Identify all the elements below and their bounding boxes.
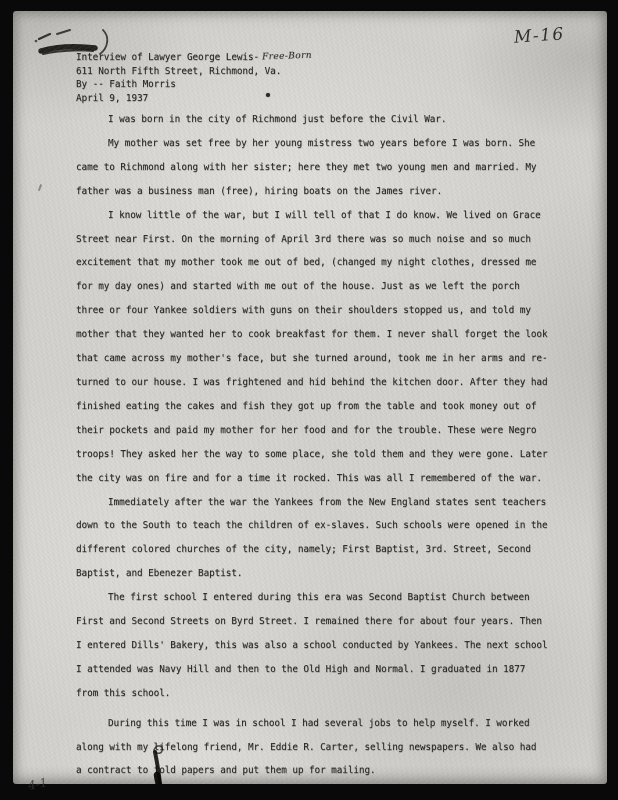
paragraph-mother-freed: My mother was set free by her young mist… <box>76 132 568 204</box>
interview-transcript: I was born in the city of Richmond just … <box>76 108 568 783</box>
handwritten-corner-code: M-16 <box>513 24 565 47</box>
scanned-document: M-16 Interview of Lawyer George Lewis-Fr… <box>0 0 618 800</box>
document-page: M-16 Interview of Lawyer George Lewis-Fr… <box>13 11 607 784</box>
header-address-line: 611 North Fifth Street, Richmond, Va. <box>76 65 312 78</box>
paragraph-war-memory: I know little of the war, but I will tel… <box>76 204 568 491</box>
document-header: Interview of Lawyer George Lewis-Free-Bo… <box>76 51 312 105</box>
handwritten-page-number: 4-1 <box>27 775 49 793</box>
paragraph-birth: I was born in the city of Richmond just … <box>76 108 568 132</box>
header-title-text: Interview of Lawyer George Lewis- <box>76 52 259 63</box>
header-byline: By -- Faith Morris <box>76 78 312 91</box>
header-date-line: April 9, 1937 <box>76 92 312 105</box>
ink-dot-icon <box>266 93 270 97</box>
paragraph-teachers: Immediately after the war the Yankees fr… <box>76 491 568 587</box>
ink-flick-icon <box>146 741 172 797</box>
header-title-line: Interview of Lawyer George Lewis-Free-Bo… <box>76 51 312 65</box>
paragraph-schools: The first school I entered during this e… <box>76 586 568 706</box>
pencil-tick-mark <box>38 184 42 191</box>
handwritten-free-born-note: Free-Born <box>262 50 312 65</box>
